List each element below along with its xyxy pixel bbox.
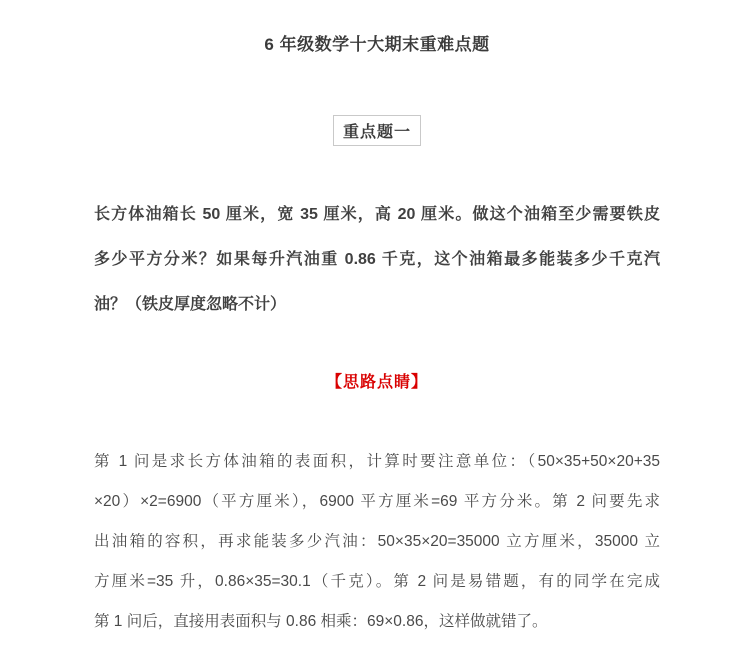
document-page: 6 年级数学十大期末重难点题 重点题一 长方体油箱长 50 厘米，宽 35 厘米… — [0, 0, 754, 670]
analysis-line: 第 1 问是求长方体油箱的表面积，计算时要注意单位：（50×35+50×20+3… — [94, 442, 660, 482]
analysis-line: 方厘米=35 升，0.86×35=30.1（千克）。第 2 问是易错题，有的同学… — [94, 562, 660, 602]
section-badge: 重点题一 — [333, 115, 421, 146]
analysis-paragraph: 第 1 问是求长方体油箱的表面积，计算时要注意单位：（50×35+50×20+3… — [94, 442, 660, 642]
section-badge-row: 重点题一 — [0, 115, 754, 146]
hint-heading: 【思路点睛】 — [0, 369, 754, 392]
problem-line: 长方体油箱长 50 厘米，宽 35 厘米，高 20 厘米。做这个油箱至少需要铁皮 — [94, 192, 660, 237]
analysis-line: 第 1 问后，直接用表面积与 0.86 相乘：69×0.86，这样做就错了。 — [94, 602, 660, 642]
page-title: 6 年级数学十大期末重难点题 — [0, 0, 754, 55]
problem-paragraph: 长方体油箱长 50 厘米，宽 35 厘米，高 20 厘米。做这个油箱至少需要铁皮… — [94, 192, 660, 327]
analysis-line: ×20）×2=6900（平方厘米），6900 平方厘米=69 平方分米。第 2 … — [94, 482, 660, 522]
problem-line: 油？（铁皮厚度忽略不计） — [94, 282, 660, 327]
problem-line: 多少平方分米？如果每升汽油重 0.86 千克，这个油箱最多能装多少千克汽 — [94, 237, 660, 282]
analysis-line: 出油箱的容积，再求能装多少汽油：50×35×20=35000 立方厘米，3500… — [94, 522, 660, 562]
